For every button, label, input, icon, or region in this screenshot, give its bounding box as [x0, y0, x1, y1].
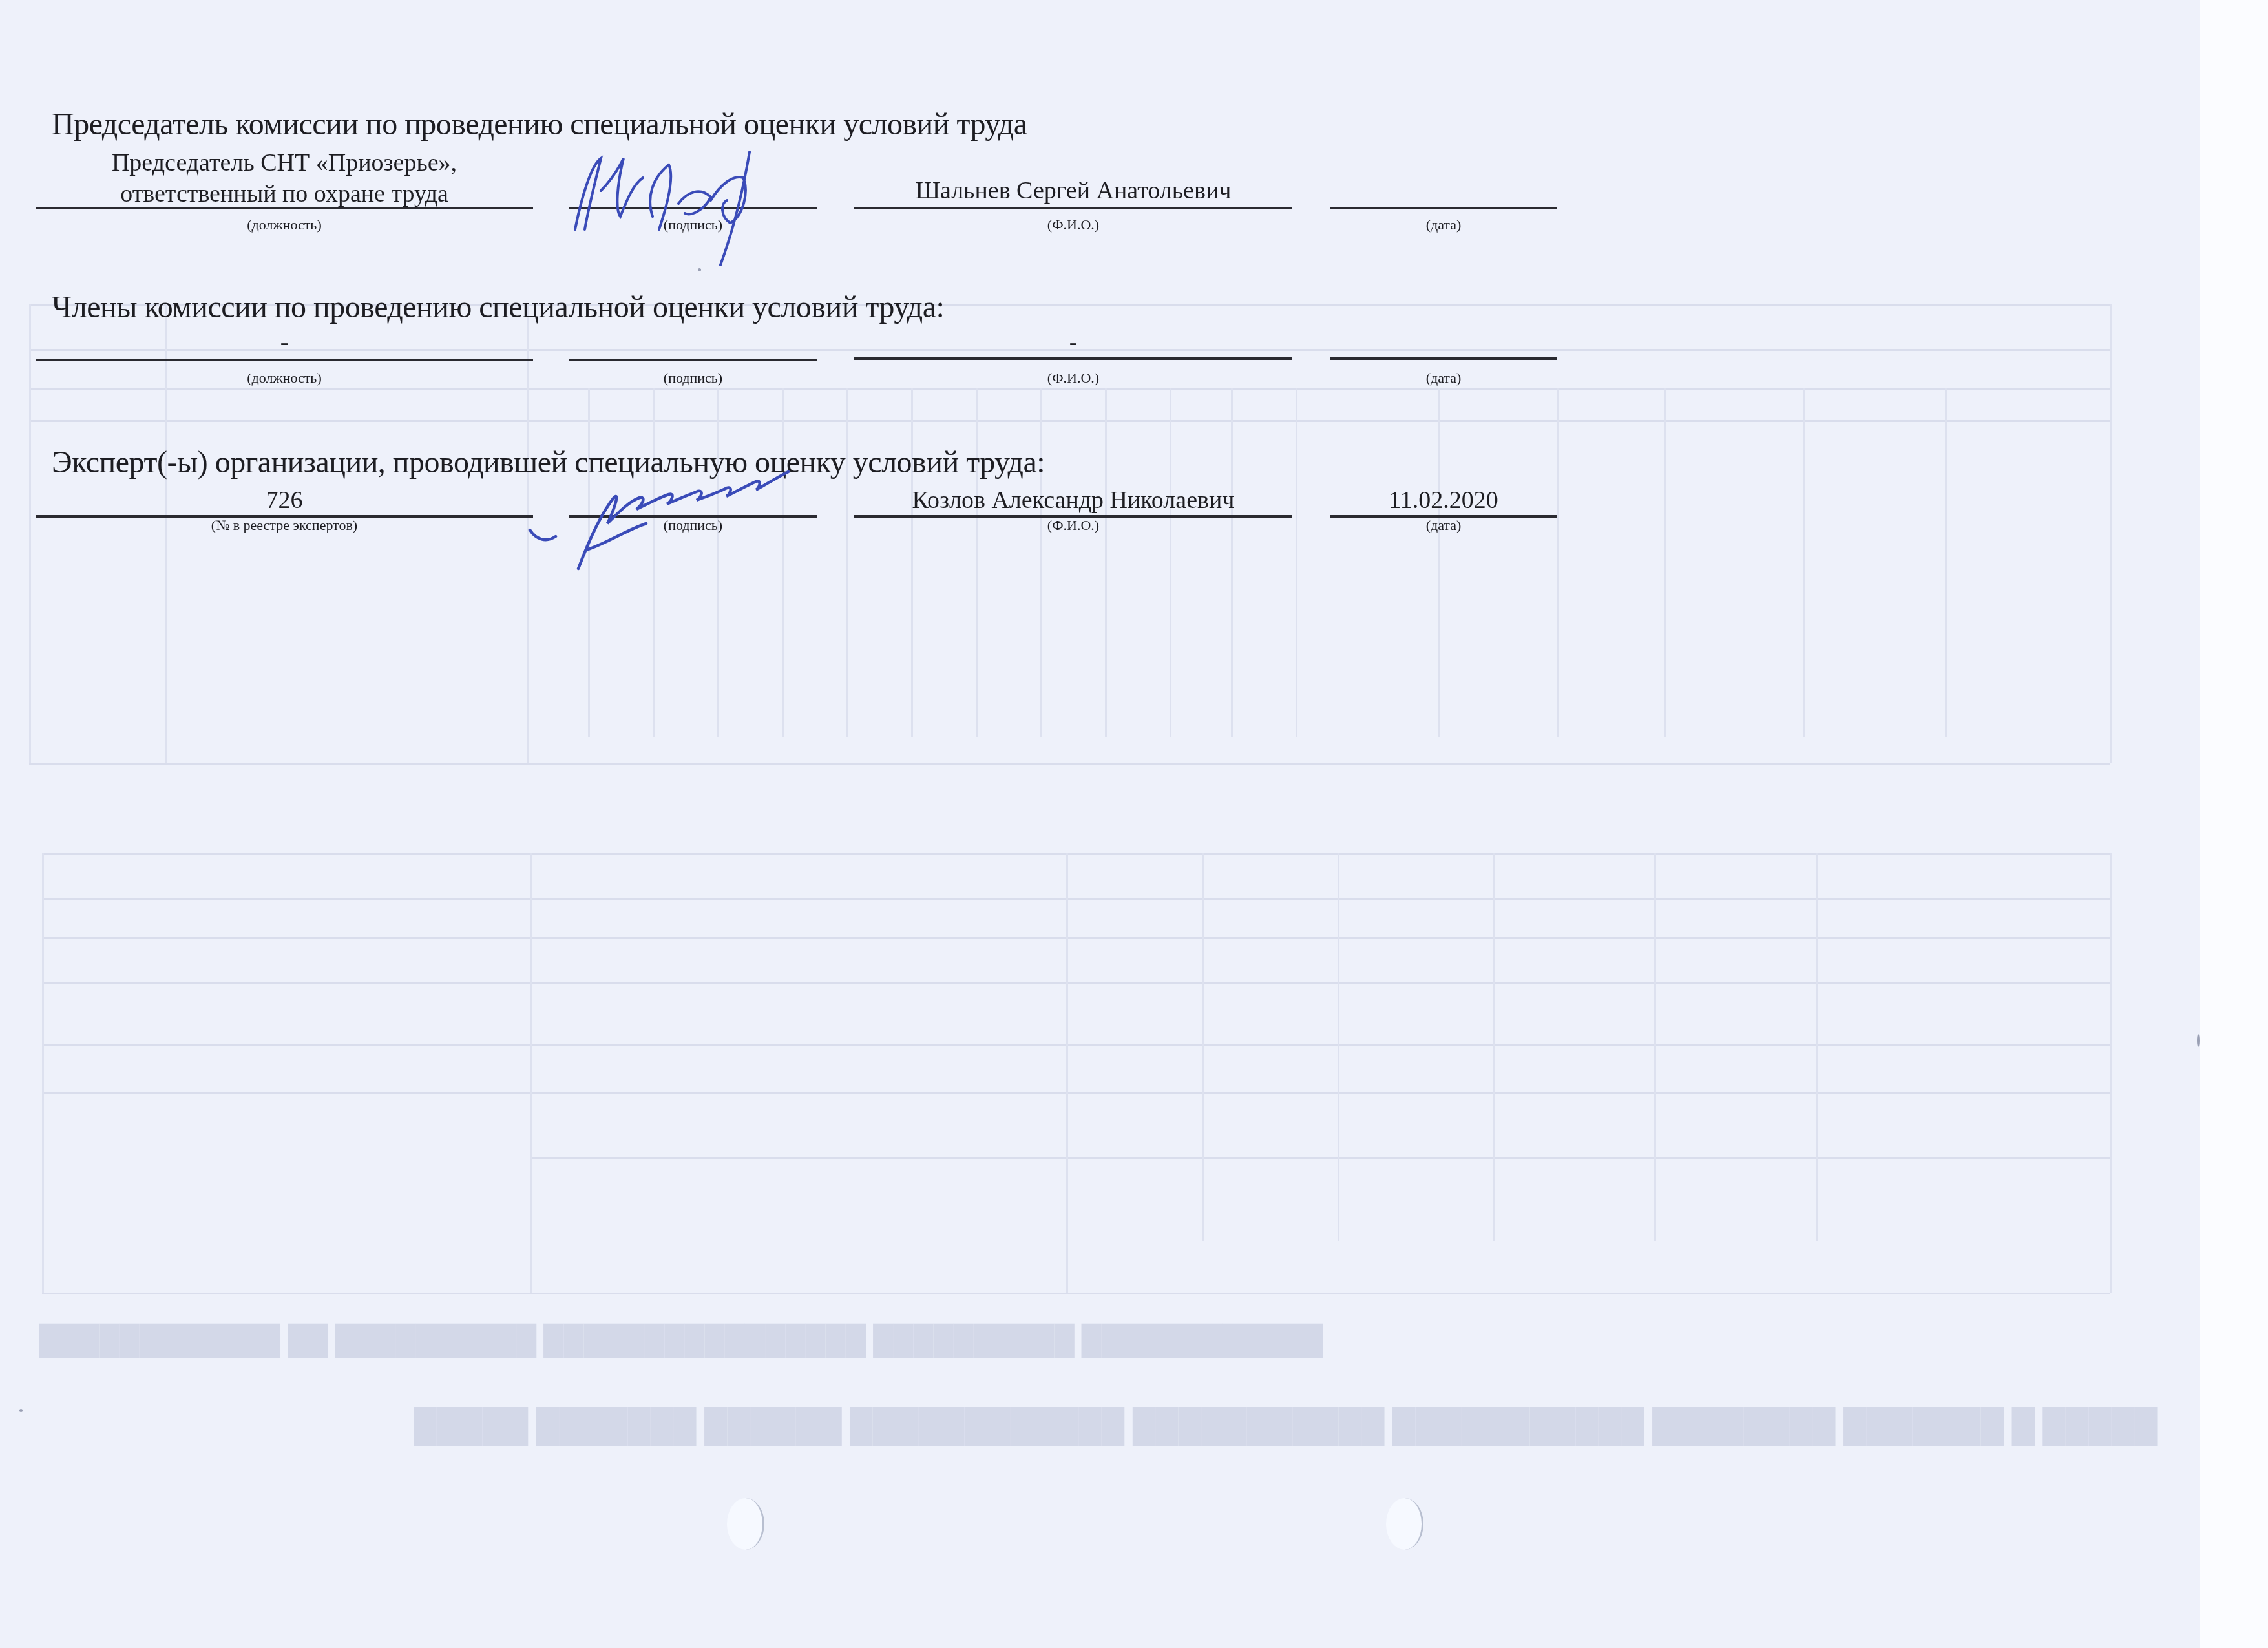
chairman-heading: Председатель комиссии по проведению спец…	[52, 107, 1027, 142]
members-signature-caption: (подпись)	[569, 370, 817, 386]
hole-punch-right	[1386, 1498, 1423, 1550]
members-name-line	[854, 357, 1292, 360]
expert-name: Козлов Александр Николаевич	[854, 486, 1292, 514]
chairman-name: Шальнев Сергей Анатольевич	[854, 176, 1292, 205]
expert-name-caption: (Ф.И.О.)	[854, 517, 1292, 534]
members-date-caption: (дата)	[1330, 370, 1557, 386]
chairman-position-line2: ответственный по охране труда	[36, 178, 533, 209]
chairman-date-caption: (дата)	[1330, 217, 1557, 233]
members-heading: Члены комиссии по проведению специальной…	[52, 290, 944, 325]
expert-date-caption: (дата)	[1330, 517, 1557, 534]
expert-signature-icon	[517, 452, 840, 582]
members-position: -	[36, 328, 533, 357]
scan-speck	[698, 268, 701, 271]
scan-speck	[2197, 1034, 2200, 1047]
scanned-page: ████████████ ██████████ ████████████████…	[0, 0, 2200, 1648]
expert-registry-number: 726	[36, 486, 533, 514]
members-date-line	[1330, 357, 1557, 360]
chairman-name-caption: (Ф.И.О.)	[854, 217, 1292, 233]
chairman-date-line	[1330, 207, 1557, 209]
members-position-caption: (должность)	[36, 370, 533, 386]
chairman-position-line1: Председатель СНТ «Приозерье»,	[36, 147, 533, 178]
members-name: -	[854, 328, 1292, 357]
chairman-position: Председатель СНТ «Приозерье», ответствен…	[36, 147, 533, 209]
chairman-position-caption: (должность)	[36, 217, 533, 233]
members-name-caption: (Ф.И.О.)	[854, 370, 1292, 386]
members-position-line	[36, 359, 533, 361]
chairman-name-line	[854, 207, 1292, 209]
hole-punch-left	[727, 1498, 764, 1550]
expert-registry-caption: (№ в реестре экспертов)	[36, 517, 533, 534]
scan-speck	[19, 1409, 23, 1412]
members-signature-line	[569, 359, 817, 361]
page-edge	[2200, 0, 2268, 1648]
chairman-signature-icon	[556, 139, 827, 268]
expert-date: 11.02.2020	[1330, 486, 1557, 514]
chairman-position-line	[36, 207, 533, 209]
